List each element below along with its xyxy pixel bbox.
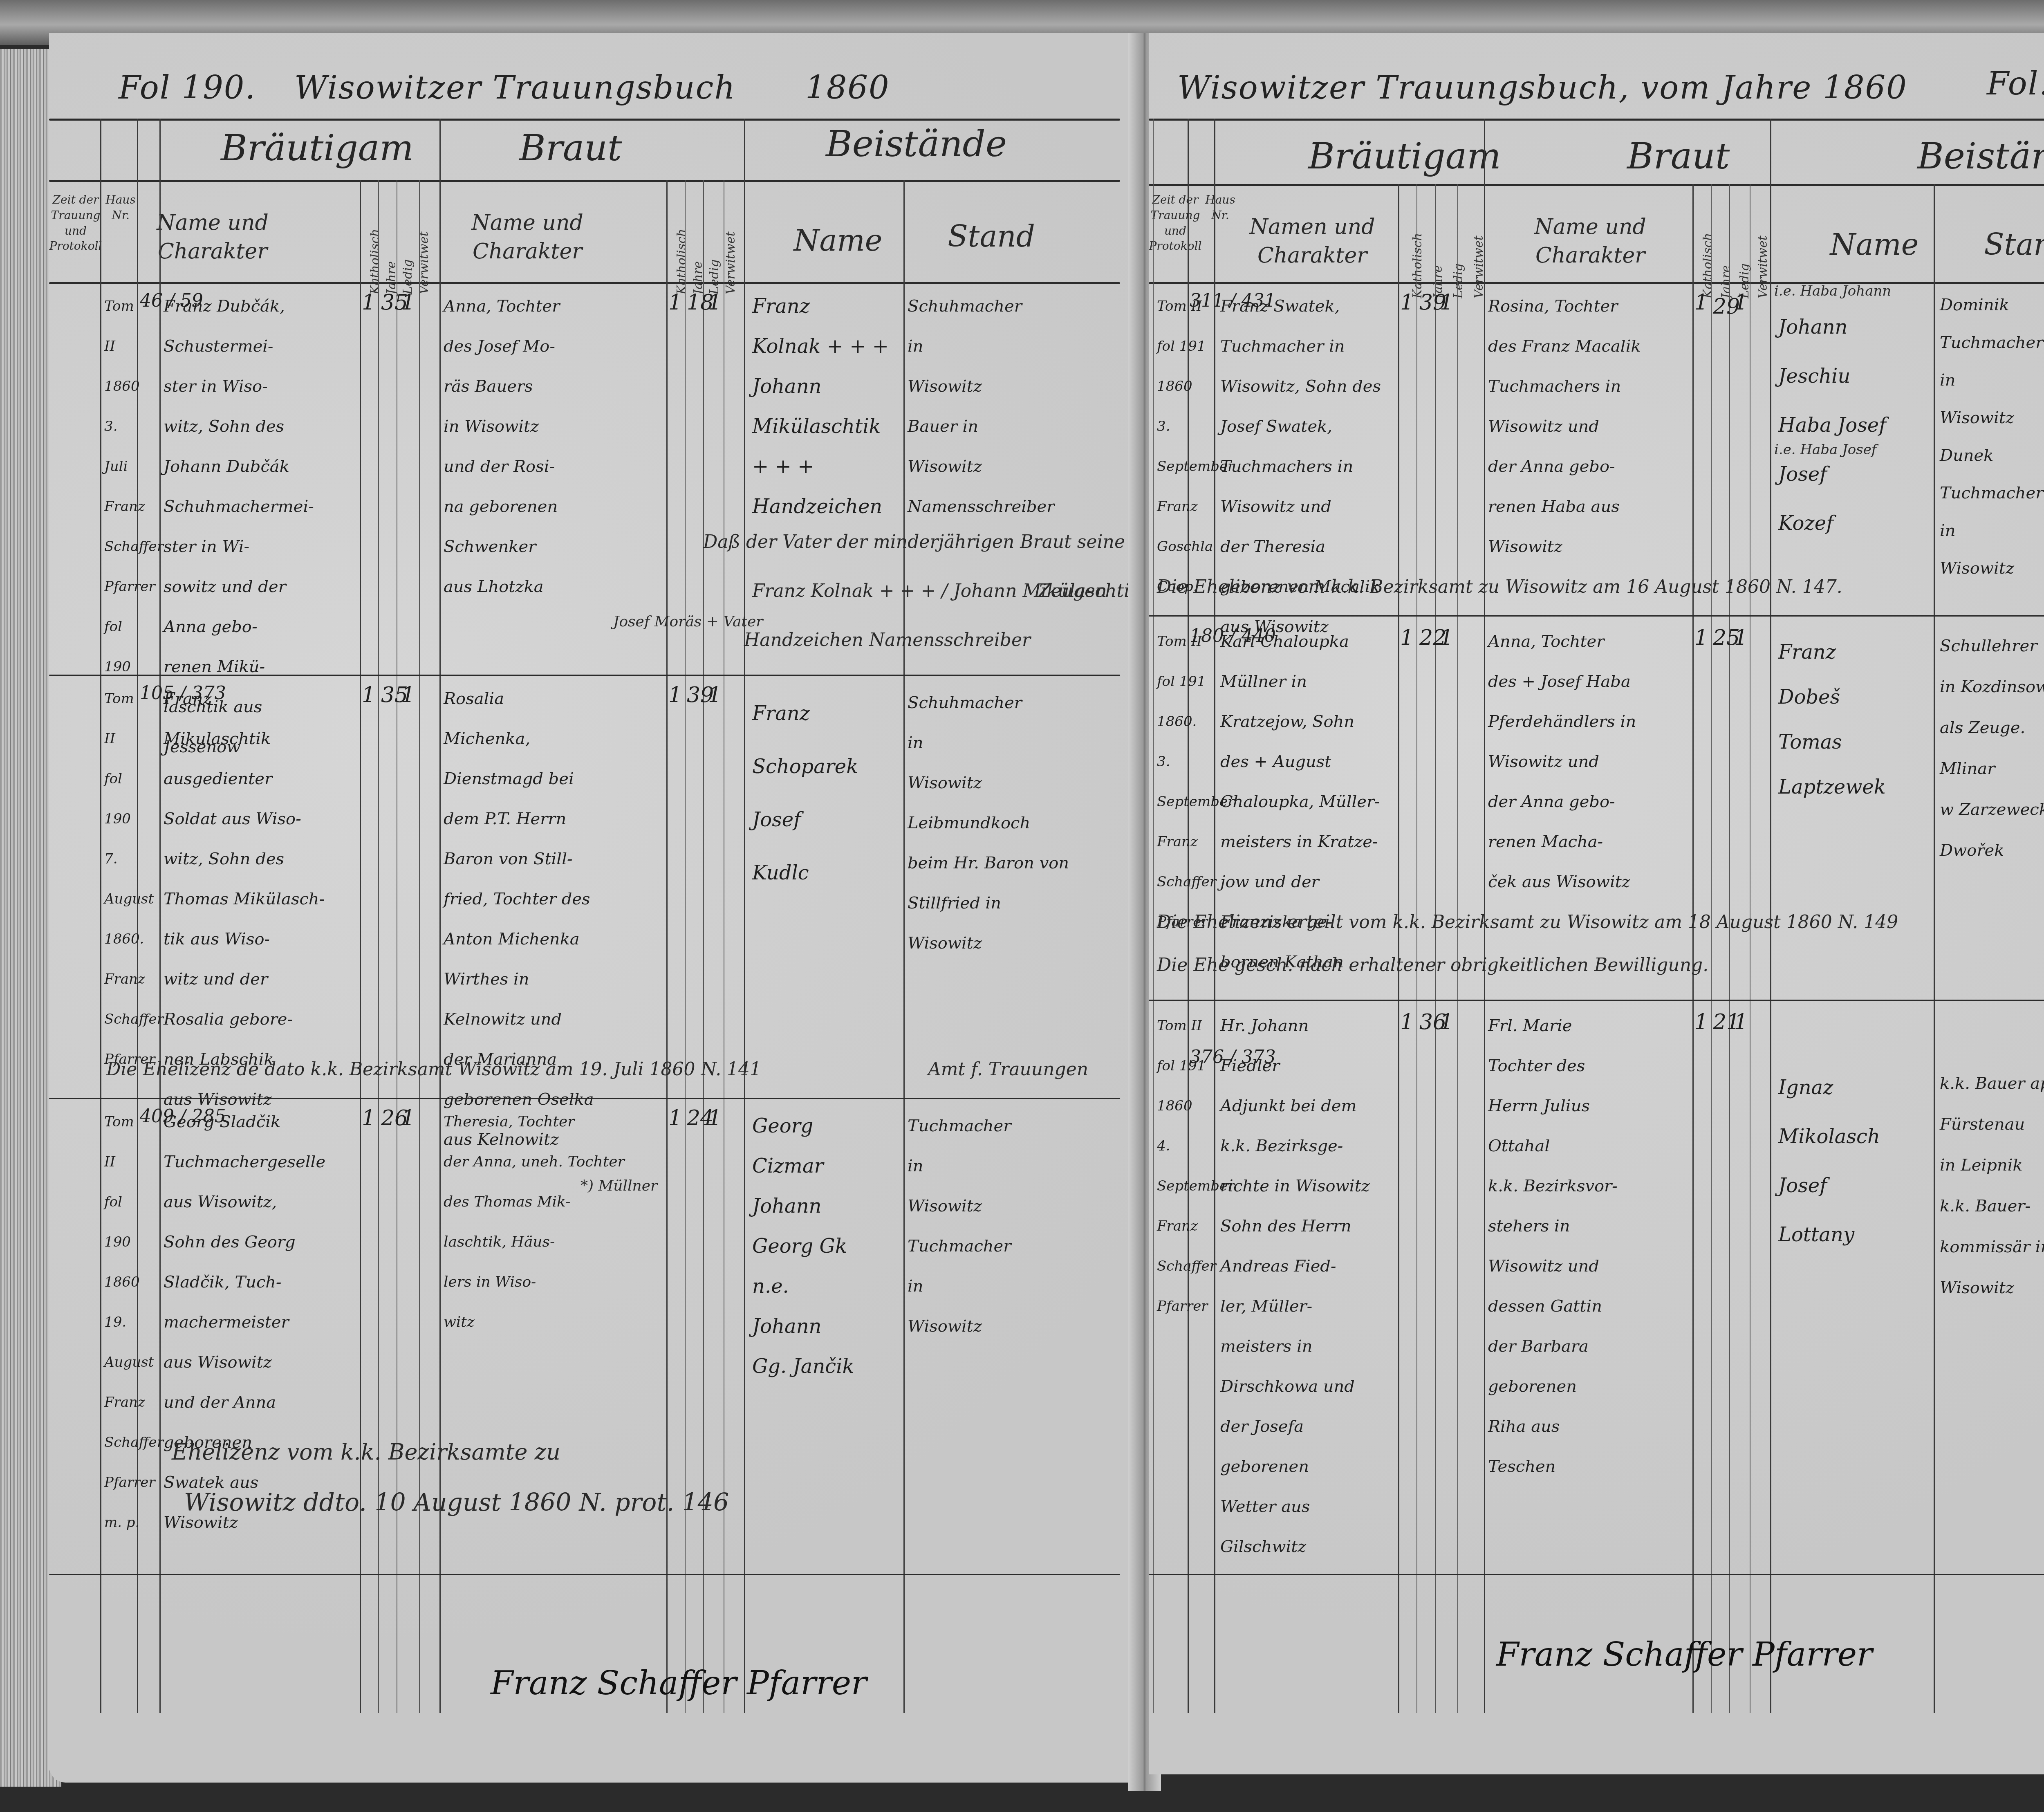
colhead-groom-name: Name und Charakter — [143, 209, 282, 266]
col-rule — [159, 119, 161, 1713]
license-note-2: Die Ehe gesch. nach erhaltener obrigkeit… — [1157, 955, 1708, 976]
colhead-house: Haus Nr. — [1204, 192, 1237, 223]
consent-label: Zeugen — [1038, 581, 1107, 601]
groom-kath: 1 — [1400, 1010, 1414, 1034]
colhead-bride-verw: Verwitwet — [724, 196, 738, 294]
bride-note: *) Müllner — [580, 1177, 657, 1194]
bride-kath: 1 — [1694, 626, 1708, 650]
entry-date: Tom II fol 190 7. August 1860. Franz Sch… — [104, 679, 145, 1079]
entry-divider — [49, 1098, 1120, 1099]
license-note: Die Ehelizenz erteilt vom k.k. Bezirksam… — [1157, 912, 1898, 933]
witness-status: k.k. Bauer ap. Fürstenau in Leipnik k.k.… — [1940, 1063, 2044, 1308]
bride-ledig: 1 — [1734, 626, 1748, 650]
rule — [49, 119, 1120, 121]
colhead-bride-kath: Katholisch — [675, 196, 689, 294]
bride-kath: 1 — [668, 290, 682, 315]
rule — [49, 282, 1120, 284]
bride-kath: 1 — [1694, 290, 1708, 315]
bride-kath: 1 — [668, 1106, 682, 1130]
entry-date: Tom II 1860 3. Juli Franz Schaffer Pfarr… — [104, 286, 145, 687]
col-rule — [744, 119, 745, 1713]
col-rule — [1692, 184, 1694, 1713]
bride-description: Anna, Tochter des + Josef Haba Pferdehän… — [1488, 621, 1692, 902]
left-folio: Fol 190. — [119, 70, 256, 106]
groom-kath: 1 — [362, 290, 375, 315]
col-rule — [360, 180, 361, 1713]
bride-description: Rosina, Tochter des Franz Macalik Tuchma… — [1488, 286, 1692, 567]
col-rule — [100, 119, 101, 1713]
colhead-groom-kath: Katholisch — [368, 196, 382, 294]
entry-date: Tom II fol 191 1860. 3. September Franz … — [1157, 621, 1206, 942]
entry-divider — [1149, 615, 2044, 617]
license-note: Ehelizenz vom k.k. Bezirksamte zu — [172, 1439, 560, 1465]
col-rule — [666, 180, 668, 1713]
bride-description: Rosalia Michenka, Dienstmagd bei dem P.T… — [444, 679, 664, 1159]
colhead-witness-name: Name — [1811, 225, 1938, 265]
rule — [1149, 184, 2044, 186]
colhead-groom-name: Namen und Charakter — [1243, 213, 1382, 270]
register-spread: Fol 190. Wisowitzer Trauungsbuch 1860 Br… — [0, 0, 2044, 1812]
colhead-bride-name: Name und Charakter — [1496, 213, 1684, 270]
section-bride: Braut — [519, 127, 622, 169]
bride-kath: 1 — [668, 683, 682, 707]
witness-status: Schuhmacher in Wisowitz Leibmundkoch bei… — [908, 683, 1112, 963]
section-groom: Bräutigam — [221, 127, 414, 169]
left-year: 1860 — [805, 70, 890, 106]
right-page: Wisowitzer Trauungsbuch, vom Jahre 1860 … — [1149, 33, 2044, 1774]
witness-status: Schullehrer in Kozdinsow als Zeuge. Mlin… — [1940, 626, 2044, 871]
bride-ledig: 1 — [1734, 1010, 1748, 1034]
col-rule — [1416, 184, 1417, 1713]
pastor-signature-right: Franz Schaffer Pfarrer — [1496, 1635, 1872, 1673]
bride-ledig: 1 — [708, 683, 722, 707]
bride-kath: 1 — [1694, 1010, 1708, 1034]
colhead-groom-ledig: Ledig — [401, 196, 415, 294]
col-rule — [1398, 184, 1399, 1713]
witness-names: Franz Dobeš Tomas Laptzewek — [1778, 630, 1930, 810]
witness-names: Franz Kolnak + + + Johann Mikülaschtik +… — [752, 286, 899, 527]
col-rule — [724, 180, 724, 1713]
colhead-witness-status: Stand — [1950, 225, 2044, 265]
license-note: Die Ehelizenz vom k.k. Bezirksamt zu Wis… — [1157, 576, 1842, 597]
colhead-bride-name: Name und Charakter — [450, 209, 605, 266]
pastor-signature-left: Franz Schaffer Pfarrer — [491, 1664, 867, 1702]
col-rule — [1457, 184, 1458, 1713]
dispensation-suffix: Amt f. Trauungen — [928, 1059, 1088, 1080]
colhead-date: Zeit der Trauung und Protokoll — [1149, 192, 1202, 254]
col-rule — [703, 180, 704, 1713]
witness-status: Schuhmacher in Wisowitz Bauer in Wisowit… — [908, 286, 1112, 527]
col-rule — [1711, 184, 1712, 1713]
witness-names: Franz Schoparek Josef Kudlc — [752, 687, 899, 899]
bride-description: Anna, Tochter des Josef Mo- räs Bauers i… — [444, 286, 664, 607]
right-folio: Fol. 191 — [1987, 65, 2044, 102]
witness-annotation: i.e. Haba Josef — [1774, 442, 1876, 458]
witness-status: Tuchmacher in Wisowitz Tuchmacher in Wis… — [908, 1106, 1112, 1346]
col-rule — [1750, 184, 1750, 1713]
col-rule — [1435, 184, 1436, 1713]
groom-kath: 1 — [1400, 290, 1414, 315]
entry-divider — [1149, 1000, 2044, 1001]
colhead-house: Haus Nr. — [104, 192, 137, 223]
dispensation-note: Die Ehelizenz de dato k.k. Bezirksamt Wi… — [106, 1059, 761, 1080]
col-rule — [1729, 184, 1730, 1713]
col-rule — [439, 119, 441, 1713]
col-rule — [1934, 184, 1935, 1713]
left-page: Fol 190. Wisowitzer Trauungsbuch 1860 Br… — [49, 33, 1145, 1783]
section-witnesses: Beistände — [1917, 135, 2044, 177]
groom-ledig: 1 — [1440, 290, 1453, 315]
bride-ledig: 1 — [708, 1106, 722, 1130]
section-groom: Bräutigam — [1308, 135, 1501, 177]
groom-ledig: 1 — [401, 290, 415, 315]
left-title: Wisowitzer Trauungsbuch — [294, 70, 736, 106]
col-rule — [903, 180, 905, 1713]
colhead-date: Zeit der Trauung und Protokoll — [49, 192, 102, 254]
groom-description: Franz Mikulaschtik ausgedienter Soldat a… — [164, 679, 356, 1119]
col-rule — [685, 180, 686, 1713]
groom-kath: 1 — [1400, 626, 1414, 650]
entry-date: Tom II fol 190 1860 19. August Franz Sch… — [104, 1102, 145, 1543]
bride-description: Theresia, Tochter der Anna, uneh. Tochte… — [444, 1102, 664, 1342]
col-rule — [397, 180, 397, 1713]
groom-kath: 1 — [362, 1106, 375, 1130]
bride-description: Frl. Marie Tochter des Herrn Julius Otta… — [1488, 1006, 1692, 1487]
witness-names: Georg Cizmar Johann Georg Gk n.e. Johann… — [752, 1106, 899, 1386]
rule — [49, 180, 1120, 182]
entry-divider — [49, 675, 1120, 676]
entry-date: Tom II fol 191 1860 3. September Franz G… — [1157, 286, 1206, 607]
groom-description: Hr. Johann Fiedler Adjunkt bei dem k.k. … — [1220, 1006, 1396, 1567]
groom-kath: 1 — [362, 683, 375, 707]
groom-description: Georg Sladčik Tuchmachergeselle aus Wiso… — [164, 1102, 356, 1543]
col-rule — [378, 180, 379, 1713]
namensschreiber: Handzeichen Namensschreiber — [744, 630, 1031, 650]
colhead-witness-status: Stand — [920, 217, 1063, 256]
entry-divider — [49, 1574, 1120, 1575]
rule — [1149, 119, 2044, 121]
colhead-bride-ledig: Ledig — [707, 196, 722, 294]
col-rule — [1153, 119, 1154, 1713]
groom-ledig: 1 — [401, 1106, 415, 1130]
license-note-2: Wisowitz ddto. 10 August 1860 N. prot. 1… — [184, 1488, 729, 1517]
entry-divider — [1149, 1574, 2044, 1575]
section-witnesses: Beistände — [826, 123, 1007, 165]
bride-ledig: 1 — [708, 290, 722, 315]
witness-names: Ignaz Mikolasch Josef Lottany — [1778, 1063, 1930, 1259]
bride-father-mark: Josef Moräs + Vater — [613, 613, 763, 630]
groom-ledig: 1 — [401, 683, 415, 707]
section-bride: Braut — [1627, 135, 1730, 177]
bride-ledig: 1 — [1734, 290, 1748, 315]
rule — [1149, 282, 2044, 284]
col-rule — [419, 180, 420, 1713]
right-title: Wisowitzer Trauungsbuch, vom Jahre 1860 — [1177, 70, 1907, 106]
witness-names: Johann Jeschiu Haba Josef Josef Kozef — [1778, 303, 1930, 548]
witness-status: Dominik Tuchmacher in Wisowitz Dunek Tuc… — [1940, 286, 2044, 587]
groom-ledig: 1 — [1440, 626, 1453, 650]
witness-annotation: i.e. Haba Johann — [1774, 283, 1891, 299]
colhead-witness-name: Name — [777, 221, 899, 260]
groom-ledig: 1 — [1440, 1010, 1453, 1034]
